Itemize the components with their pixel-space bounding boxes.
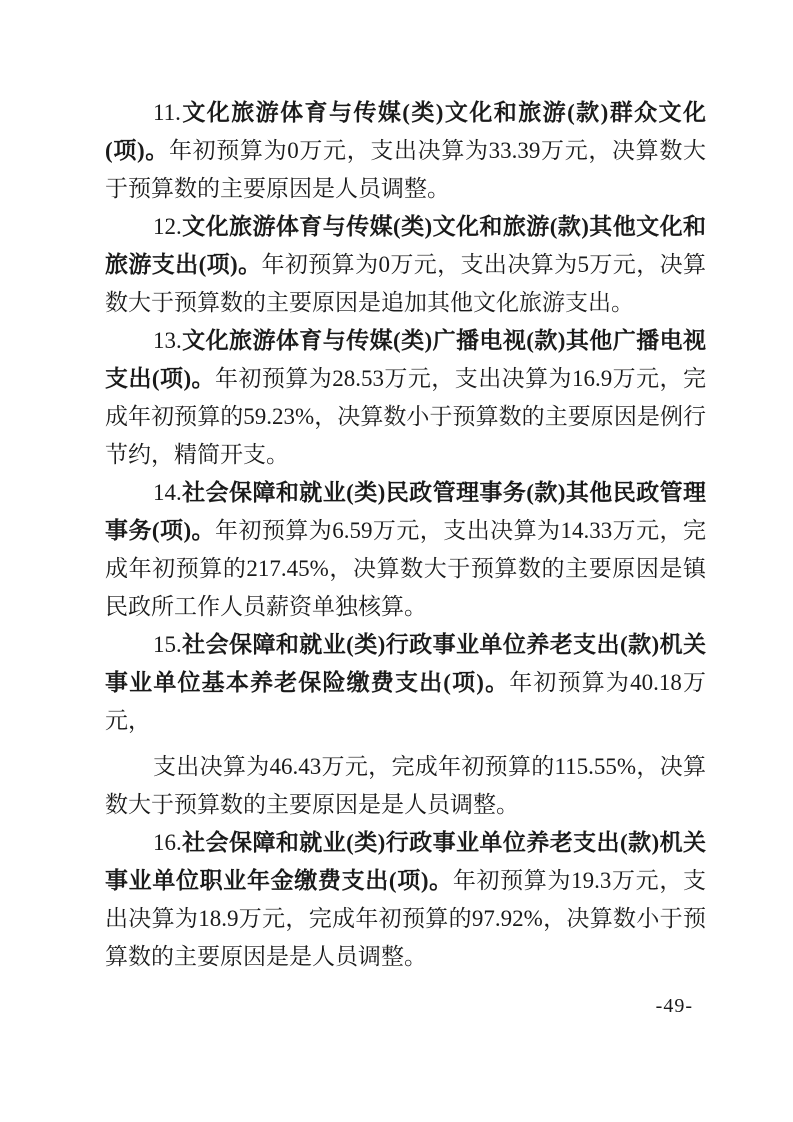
document-page: 11.文化旅游体育与传媒(类)文化和旅游(款)群众文化(项)。年初预算为0万元，…	[0, 0, 793, 1122]
document-body: 11.文化旅游体育与传媒(类)文化和旅游(款)群众文化(项)。年初预算为0万元，…	[105, 94, 706, 976]
budget-item-paragraph-15: 15.社会保障和就业(类)行政事业单位养老支出(款)机关事业单位基本养老保险缴费…	[105, 626, 706, 740]
budget-item-paragraph-16: 16.社会保障和就业(类)行政事业单位养老支出(款)机关事业单位职业年金缴费支出…	[105, 824, 706, 976]
budget-item-paragraph-13: 13.文化旅游体育与传媒(类)广播电视(款)其他广播电视支出(项)。年初预算为2…	[105, 322, 706, 474]
paragraph-number: 11.	[153, 100, 181, 125]
paragraph-number: 15.	[153, 632, 182, 657]
paragraph-body: 支出决算为46.43万元，完成年初预算的115.55%，决算数大于预算数的主要原…	[105, 754, 706, 817]
paragraph-number: 12.	[153, 214, 182, 239]
paragraph-number: 14.	[153, 480, 182, 505]
page-number: -49-	[656, 995, 693, 1018]
budget-item-paragraph-11: 11.文化旅游体育与传媒(类)文化和旅游(款)群众文化(项)。年初预算为0万元，…	[105, 94, 706, 208]
budget-item-paragraph-12: 12.文化旅游体育与传媒(类)文化和旅游(款)其他文化和旅游支出(项)。年初预算…	[105, 208, 706, 322]
paragraph-number: 13.	[153, 328, 182, 353]
paragraph-number: 16.	[153, 830, 182, 855]
paragraph-body: 年初预算为0万元，支出决算为33.39万元，决算数大于预算数的主要原因是人员调整…	[105, 138, 706, 201]
budget-item-paragraph-14: 14.社会保障和就业(类)民政管理事务(款)其他民政管理事务(项)。年初预算为6…	[105, 474, 706, 626]
budget-item-paragraph-15-continuation: 支出决算为46.43万元，完成年初预算的115.55%，决算数大于预算数的主要原…	[105, 748, 706, 824]
